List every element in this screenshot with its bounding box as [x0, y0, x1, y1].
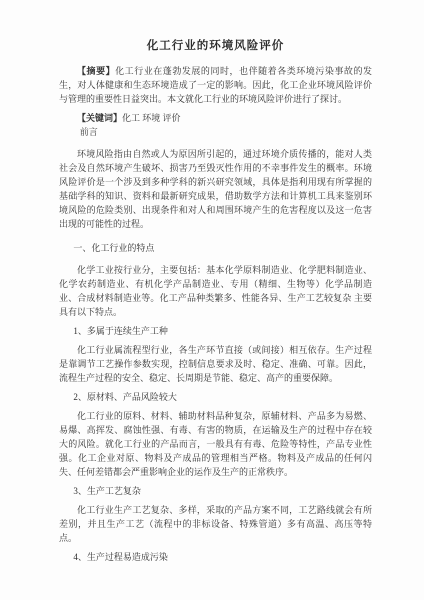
item-3-heading: 3、生产工艺复杂 [59, 484, 372, 498]
keywords-label: 【关键词】 [77, 113, 122, 123]
item-1-heading: 1、多属于连续生产工种 [59, 324, 372, 338]
item-1-body: 化工行业属流程型行业，各生产环节直接（或间接）相互依存。生产过程是靠调节工艺操作… [59, 343, 372, 385]
item-4-heading: 4、生产过程易造成污染 [59, 550, 372, 564]
document-page: 化工行业的环境风险评价 【摘要】化工行业在蓬勃发展的同时，也伴随着各类环境污染事… [0, 0, 424, 600]
page-title: 化工行业的环境风险评价 [59, 38, 372, 54]
item-2-body: 化工行业的原料、材料、辅助材料品种复杂，原辅材料、产品多为易燃、易爆、高挥发、腐… [59, 409, 372, 479]
keywords-line: 【关键词】化工 环境 评价 [59, 111, 372, 125]
preface-label: 前言 [59, 125, 372, 139]
section-1-heading: 一、化工行业的特点 [59, 241, 372, 255]
abstract-paragraph: 【摘要】化工行业在蓬勃发展的同时，也伴随着各类环境污染事故的发生，对人体健康和生… [59, 64, 372, 106]
item-3-body: 化工行业生产工艺复杂、多样，采取的产品方案不同，工艺路线就会有所差别，并且生产工… [59, 503, 372, 545]
keywords-text: 化工 环境 评价 [122, 113, 181, 123]
abstract-label: 【摘要】 [77, 66, 115, 76]
item-2-heading: 2、原材料、产品风险较大 [59, 390, 372, 404]
introduction-paragraph: 环境风险指由自然或人为原因所引起的，通过环境介质传播的，能对人类社会及自然环境产… [59, 147, 372, 231]
section-1-intro-paragraph: 化学工业按行业分，主要包括：基本化学原料制造业、化学肥料制造业、化学农药制造业、… [59, 263, 372, 319]
